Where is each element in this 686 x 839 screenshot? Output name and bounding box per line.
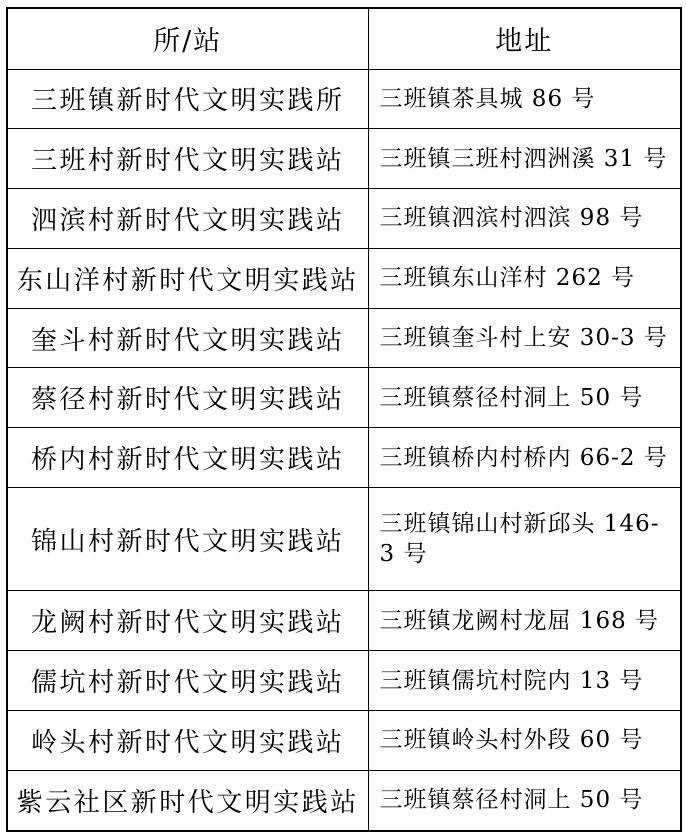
address-cell: 三班镇蔡径村洞上 50 号 <box>368 770 681 831</box>
station-cell: 锦山村新时代文明实践站 <box>7 488 368 591</box>
practice-station-address-table: 所/站 地址 三班镇新时代文明实践所 三班镇茶具城 86 号 三班村新时代文明实… <box>6 7 682 832</box>
table-row: 奎斗村新时代文明实践站 三班镇奎斗村上安 30-3 号 <box>7 308 681 368</box>
column-header-address: 地址 <box>368 8 681 69</box>
station-cell: 儒坑村新时代文明实践站 <box>7 651 368 711</box>
station-cell: 桥内村新时代文明实践站 <box>7 428 368 488</box>
station-cell: 蔡径村新时代文明实践站 <box>7 368 368 428</box>
station-cell: 龙阙村新时代文明实践站 <box>7 591 368 651</box>
address-cell: 三班镇龙阙村龙屈 168 号 <box>368 591 681 651</box>
address-cell: 三班镇锦山村新邱头 146-3 号 <box>368 488 681 591</box>
table-row: 桥内村新时代文明实践站 三班镇桥内村桥内 66-2 号 <box>7 428 681 488</box>
station-cell: 东山洋村新时代文明实践站 <box>7 248 368 308</box>
table-header-row: 所/站 地址 <box>7 8 681 69</box>
address-cell: 三班镇泗滨村泗滨 98 号 <box>368 189 681 249</box>
address-cell: 三班镇三班村泗洲溪 31 号 <box>368 129 681 189</box>
table-row: 儒坑村新时代文明实践站 三班镇儒坑村院内 13 号 <box>7 651 681 711</box>
address-cell: 三班镇蔡径村洞上 50 号 <box>368 368 681 428</box>
table-row: 龙阙村新时代文明实践站 三班镇龙阙村龙屈 168 号 <box>7 591 681 651</box>
station-cell: 三班村新时代文明实践站 <box>7 129 368 189</box>
address-cell: 三班镇岭头村外段 60 号 <box>368 711 681 771</box>
station-cell: 紫云社区新时代文明实践站 <box>7 770 368 831</box>
table-row: 岭头村新时代文明实践站 三班镇岭头村外段 60 号 <box>7 711 681 771</box>
document-page: 所/站 地址 三班镇新时代文明实践所 三班镇茶具城 86 号 三班村新时代文明实… <box>0 0 686 839</box>
table-row: 紫云社区新时代文明实践站 三班镇蔡径村洞上 50 号 <box>7 770 681 831</box>
column-header-station: 所/站 <box>7 8 368 69</box>
station-cell: 泗滨村新时代文明实践站 <box>7 189 368 249</box>
address-cell: 三班镇奎斗村上安 30-3 号 <box>368 308 681 368</box>
table-row: 东山洋村新时代文明实践站 三班镇东山洋村 262 号 <box>7 248 681 308</box>
table-row: 三班镇新时代文明实践所 三班镇茶具城 86 号 <box>7 69 681 129</box>
station-cell: 三班镇新时代文明实践所 <box>7 69 368 129</box>
station-cell: 奎斗村新时代文明实践站 <box>7 308 368 368</box>
table-row: 泗滨村新时代文明实践站 三班镇泗滨村泗滨 98 号 <box>7 189 681 249</box>
station-cell: 岭头村新时代文明实践站 <box>7 711 368 771</box>
table-row: 蔡径村新时代文明实践站 三班镇蔡径村洞上 50 号 <box>7 368 681 428</box>
table-row: 锦山村新时代文明实践站 三班镇锦山村新邱头 146-3 号 <box>7 488 681 591</box>
address-cell: 三班镇儒坑村院内 13 号 <box>368 651 681 711</box>
address-cell: 三班镇桥内村桥内 66-2 号 <box>368 428 681 488</box>
table-row: 三班村新时代文明实践站 三班镇三班村泗洲溪 31 号 <box>7 129 681 189</box>
address-cell: 三班镇东山洋村 262 号 <box>368 248 681 308</box>
address-cell: 三班镇茶具城 86 号 <box>368 69 681 129</box>
